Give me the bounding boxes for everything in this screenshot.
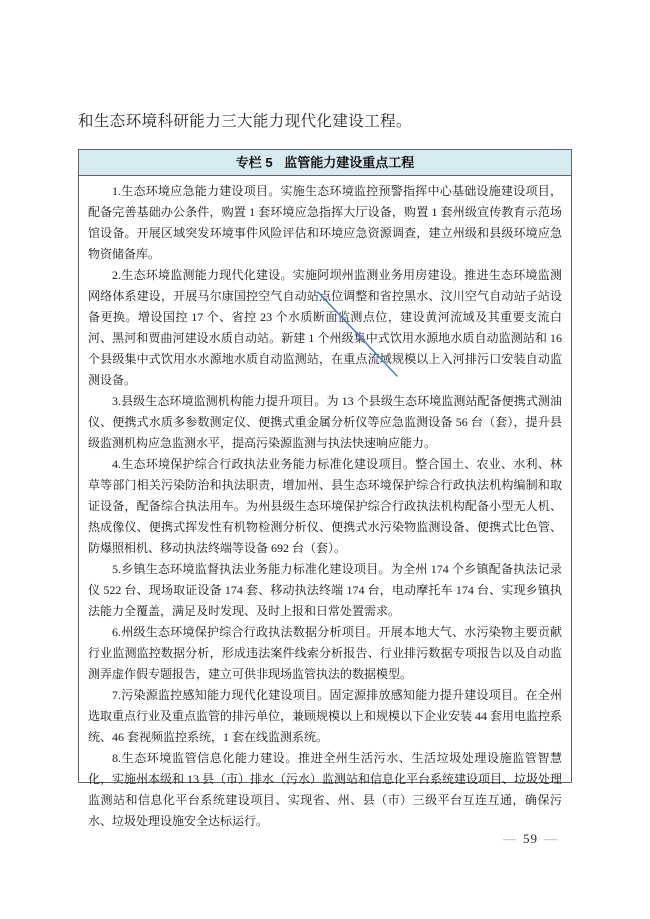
document-page: 和生态环境科研能力三大能力现代化建设工程。 专栏 5监管能力建设重点工程 1.生…	[0, 0, 650, 919]
project-paragraph-6: 6.州级生态环境保护综合行政执法数据分析项目。开展本地大气、水污染物主要贡献行业…	[88, 622, 562, 685]
page-number: —59—	[497, 831, 564, 847]
project-paragraph-8: 8.生态环境监管信息化能力建设。推进全州生活污水、生活垃圾处理设施监管智慧化，实…	[88, 748, 562, 832]
column-label: 专栏 5	[236, 155, 273, 170]
page-number-dash-left: —	[497, 831, 523, 846]
project-paragraph-7: 7.污染源监控感知能力现代化建设项目。固定源排放感知能力提升建设项目。在全州选取…	[88, 685, 562, 748]
project-paragraph-2: 2.生态环境监测能力现代化建设。实施阿坝州监测业务用房建设。推进生态环境监测网络…	[88, 265, 562, 391]
intro-paragraph: 和生态环境科研能力三大能力现代化建设工程。	[78, 110, 412, 134]
column-box-body: 1.生态环境应急能力建设项目。实施生态环境监控预警指挥中心基础设施建设项目，配备…	[79, 176, 571, 832]
column-box: 专栏 5监管能力建设重点工程 1.生态环境应急能力建设项目。实施生态环境监控预警…	[78, 149, 572, 783]
project-paragraph-4: 4.生态环境保护综合行政执法业务能力标准化建设项目。整合国土、农业、水利、林草等…	[88, 454, 562, 559]
project-paragraph-3: 3.县级生态环境监测机构能力提升项目。为 13 个县级生态环境监测站配备便携式测…	[88, 391, 562, 454]
project-paragraph-1: 1.生态环境应急能力建设项目。实施生态环境监控预警指挥中心基础设施建设项目，配备…	[88, 181, 562, 265]
page-number-value: 59	[523, 831, 538, 846]
project-paragraph-5: 5.乡镇生态环境监督执法业务能力标准化建设项目。为全州 174 个乡镇配备执法记…	[88, 559, 562, 622]
column-title: 监管能力建设重点工程	[284, 155, 414, 170]
page-number-dash-right: —	[538, 831, 564, 846]
column-box-header: 专栏 5监管能力建设重点工程	[79, 150, 571, 176]
